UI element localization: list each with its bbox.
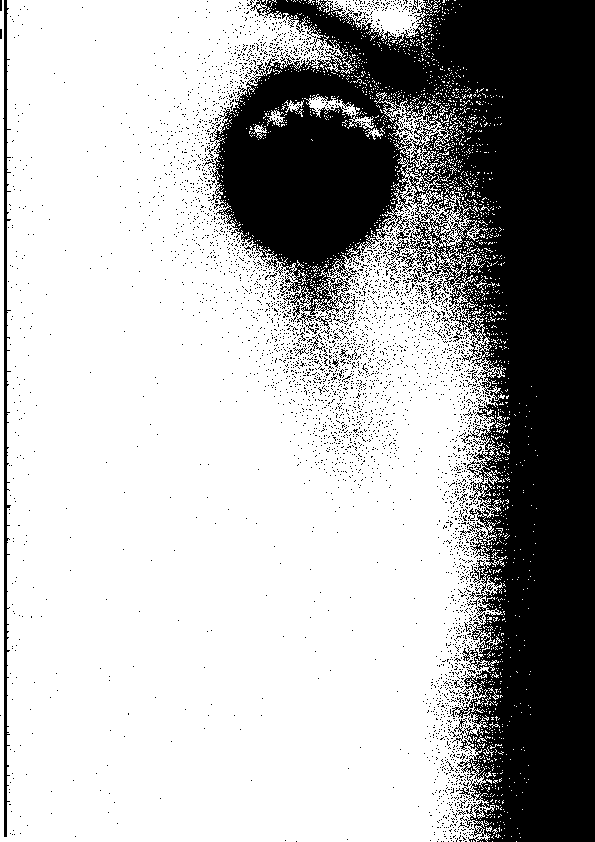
scanned-page [0,0,595,842]
dithered-eye-photograph [0,0,595,842]
